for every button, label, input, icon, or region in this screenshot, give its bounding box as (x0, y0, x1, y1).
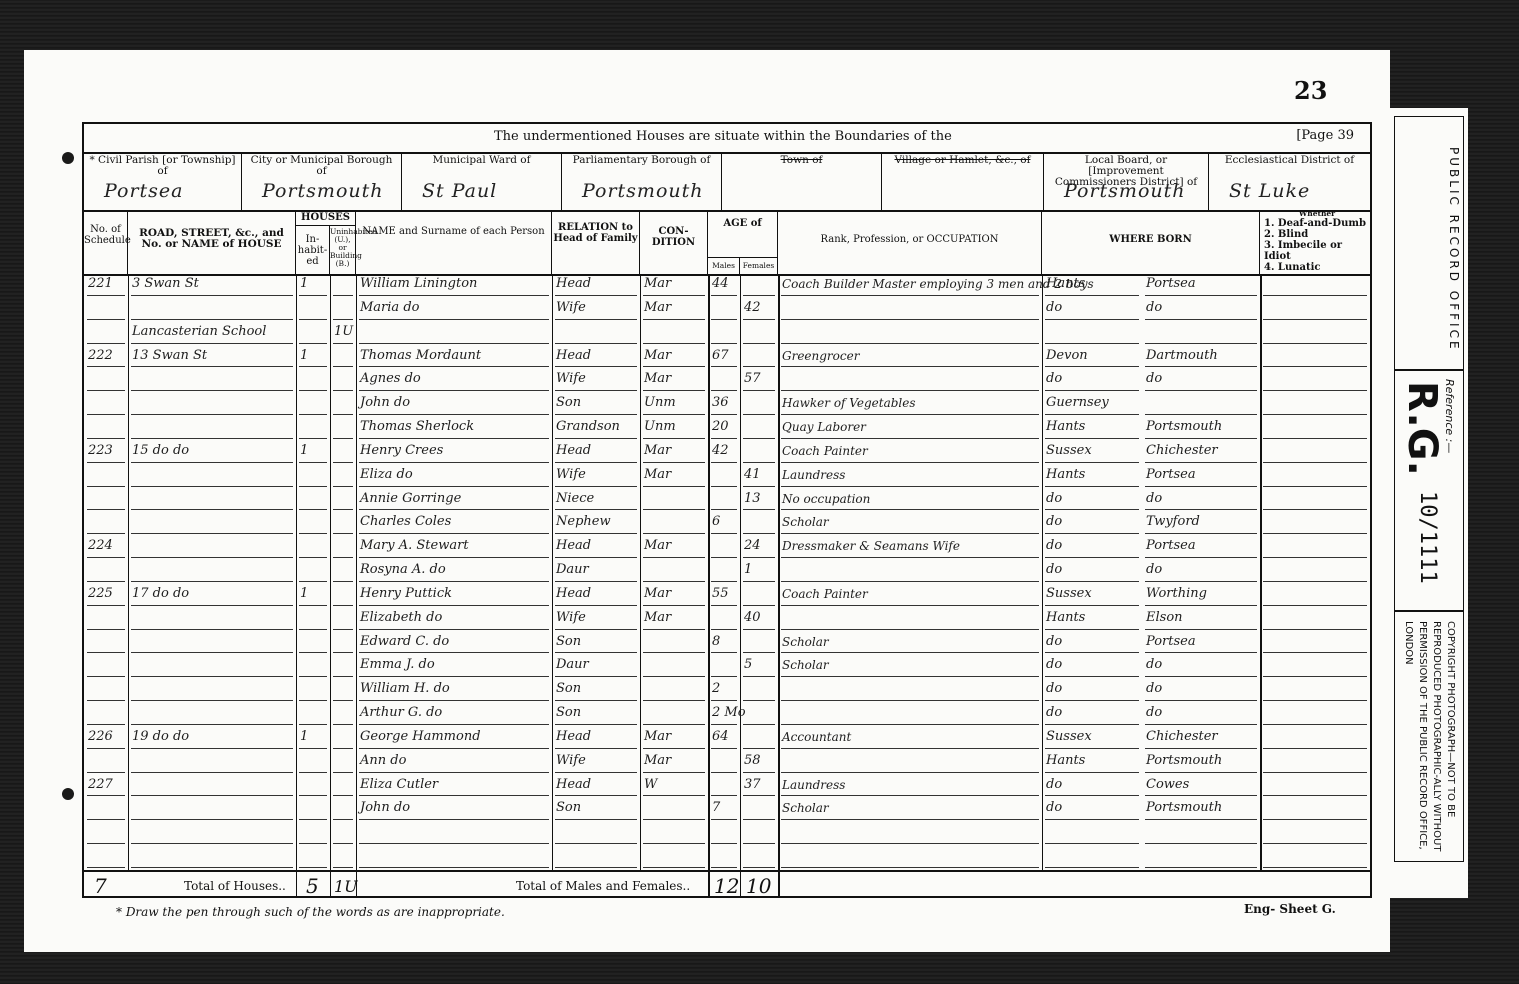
cell-relation: Son (552, 393, 640, 417)
boundary-heading-row: The undermentioned Houses are situate wi… (84, 124, 1370, 154)
punch-hole (62, 152, 74, 164)
cell-infirmity (1260, 703, 1370, 727)
cell-uninhabited (330, 489, 356, 513)
cell-female-age (740, 584, 778, 608)
cell-relation: Wife (552, 298, 640, 322)
cell-condition (640, 846, 708, 870)
cell-place: do (1142, 655, 1260, 679)
cell-place: Portsmouth (1142, 798, 1260, 822)
cell-schedule: 224 (84, 536, 128, 560)
cell-infirmity (1260, 608, 1370, 632)
header-condition: CON-DITION (640, 210, 708, 274)
census-page: 23 The undermentioned Houses are situate… (24, 50, 1390, 952)
cell-road (128, 489, 296, 513)
table-row: William H. doSon2dodo (84, 679, 1370, 703)
cell-male-age (708, 655, 740, 679)
cell-infirmity (1260, 798, 1370, 822)
cell-county (1042, 322, 1142, 346)
cell-county: do (1042, 298, 1142, 322)
cell-road: 3 Swan St (128, 274, 296, 298)
cell-relation (552, 822, 640, 846)
sheet-label: Eng- Sheet G. (1244, 902, 1336, 916)
cell-county: do (1042, 560, 1142, 584)
cell-infirmity (1260, 393, 1370, 417)
cell-inhabited (296, 322, 330, 346)
page-number: 23 (1294, 76, 1327, 105)
cell-place: Portsmouth (1142, 751, 1260, 775)
cell-inhabited (296, 822, 330, 846)
cell-condition: Unm (640, 393, 708, 417)
cell-schedule (84, 751, 128, 775)
copyright-notice: COPYRIGHT PHOTOGRAPH—NOT TO BE REPRODUCE… (1401, 621, 1457, 861)
cell-road (128, 655, 296, 679)
cell-schedule: 221 (84, 274, 128, 298)
cell-road (128, 751, 296, 775)
cell-occupation (778, 560, 1042, 584)
cell-uninhabited (330, 346, 356, 370)
census-form: The undermentioned Houses are situate wi… (82, 122, 1372, 898)
cell-inhabited: 1 (296, 727, 330, 751)
cell-place: Portsea (1142, 536, 1260, 560)
cell-county: do (1042, 679, 1142, 703)
cell-relation: Grandson (552, 417, 640, 441)
header-occupation: Rank, Profession, or OCCUPATION (778, 210, 1042, 274)
cell-occupation: Coach Painter (778, 441, 1042, 465)
cell-condition (640, 703, 708, 727)
cell-uninhabited (330, 298, 356, 322)
cell-schedule (84, 322, 128, 346)
cell-female-age (740, 512, 778, 536)
cell-uninhabited (330, 536, 356, 560)
column-header-row: No. of Schedule ROAD, STREET, &c., and N… (84, 210, 1370, 276)
cell-road: 15 do do (128, 441, 296, 465)
header-inhabited: In-habit-ed (296, 226, 330, 274)
cell-name: Agnes do (356, 369, 552, 393)
cell-relation: Son (552, 703, 640, 727)
cell-occupation: Greengrocer (778, 346, 1042, 370)
cell-occupation (778, 679, 1042, 703)
cell-relation: Wife (552, 369, 640, 393)
table-row: 2213 Swan St1William LiningtonHeadMar44C… (84, 274, 1370, 298)
cell-inhabited (296, 632, 330, 656)
cell-relation: Daur (552, 655, 640, 679)
district-municipal-borough: City or Municipal Borough of Portsmouth (242, 152, 402, 210)
cell-occupation: Quay Laborer (778, 417, 1042, 441)
header-schedule: No. of Schedule (84, 210, 128, 274)
cell-county: Hants (1042, 465, 1142, 489)
cell-infirmity (1260, 512, 1370, 536)
cell-schedule (84, 798, 128, 822)
cell-place: Twyford (1142, 512, 1260, 536)
cell-female-age: 57 (740, 369, 778, 393)
cell-uninhabited (330, 560, 356, 584)
table-row: Arthur G. doSon2 Mododo (84, 703, 1370, 727)
cell-male-age: 2 (708, 679, 740, 703)
schedule-count-total: 7 (94, 874, 107, 898)
table-row: Maria doWifeMar42dodo (84, 298, 1370, 322)
cell-male-age (708, 489, 740, 513)
table-row: 227Eliza CutlerHeadW37LaundressdoCowes (84, 775, 1370, 799)
cell-male-age: 42 (708, 441, 740, 465)
cell-road (128, 679, 296, 703)
cell-occupation (778, 822, 1042, 846)
cell-male-age: 44 (708, 274, 740, 298)
cell-uninhabited (330, 512, 356, 536)
cell-uninhabited (330, 632, 356, 656)
cell-male-age: 36 (708, 393, 740, 417)
cell-occupation: Laundress (778, 465, 1042, 489)
cell-male-age (708, 822, 740, 846)
cell-schedule (84, 632, 128, 656)
uninhabited-total: 1U (334, 877, 358, 896)
cell-schedule (84, 703, 128, 727)
cell-occupation (778, 322, 1042, 346)
cell-county: do (1042, 655, 1142, 679)
cell-county (1042, 846, 1142, 870)
cell-name: Arthur G. do (356, 703, 552, 727)
cell-road (128, 608, 296, 632)
reference-series: R.G. (1399, 381, 1445, 476)
cell-condition: Mar (640, 536, 708, 560)
cell-name: John do (356, 393, 552, 417)
cell-county: Hants (1042, 417, 1142, 441)
header-name: NAME and Surname of each Person (356, 210, 552, 274)
public-record-office-strip: PUBLIC RECORD OFFICE Reference :— R.G. 1… (1388, 108, 1468, 898)
cell-place: do (1142, 679, 1260, 703)
cell-female-age: 24 (740, 536, 778, 560)
cell-name: Thomas Mordaunt (356, 346, 552, 370)
header-relation: RELATION to Head of Family (552, 210, 640, 274)
cell-place: Portsea (1142, 274, 1260, 298)
table-row: Edward C. doSon8ScholardoPortsea (84, 632, 1370, 656)
cell-relation: Head (552, 584, 640, 608)
cell-condition: Mar (640, 584, 708, 608)
cell-inhabited (296, 679, 330, 703)
cell-name: Eliza do (356, 465, 552, 489)
cell-inhabited (296, 798, 330, 822)
cell-place: Dartmouth (1142, 346, 1260, 370)
cell-inhabited (296, 655, 330, 679)
cell-road: Lancasterian School (128, 322, 296, 346)
cell-occupation (778, 751, 1042, 775)
cell-road: 13 Swan St (128, 346, 296, 370)
table-row: Annie GorringeNiece13No occupationdodo (84, 489, 1370, 513)
cell-female-age (740, 703, 778, 727)
cell-male-age: 64 (708, 727, 740, 751)
cell-condition: Mar (640, 727, 708, 751)
cell-schedule (84, 846, 128, 870)
table-row: Charles ColesNephew6ScholardoTwyford (84, 512, 1370, 536)
cell-male-age (708, 536, 740, 560)
cell-inhabited (296, 751, 330, 775)
cell-name: Elizabeth do (356, 608, 552, 632)
cell-condition (640, 489, 708, 513)
cell-female-age (740, 441, 778, 465)
header-where-born: WHERE BORN (1042, 210, 1260, 274)
cell-schedule: 222 (84, 346, 128, 370)
cell-name: Henry Crees (356, 441, 552, 465)
cell-inhabited (296, 703, 330, 727)
table-row: Lancasterian School1U (84, 322, 1370, 346)
cell-occupation: Scholar (778, 632, 1042, 656)
reference-number: 10/1111 (1415, 491, 1440, 584)
district-town: Town of (722, 152, 882, 210)
cell-inhabited (296, 465, 330, 489)
cell-relation: Niece (552, 489, 640, 513)
table-row: 22517 do do1Henry PuttickHeadMar55Coach … (84, 584, 1370, 608)
punch-hole (62, 788, 74, 800)
cell-condition (640, 679, 708, 703)
cell-infirmity (1260, 846, 1370, 870)
cell-name: John do (356, 798, 552, 822)
cell-road (128, 822, 296, 846)
cell-relation: Head (552, 775, 640, 799)
cell-uninhabited (330, 274, 356, 298)
cell-road (128, 632, 296, 656)
cell-road: 17 do do (128, 584, 296, 608)
header-road: ROAD, STREET, &c., and No. or NAME of HO… (128, 210, 296, 274)
cell-road (128, 846, 296, 870)
cell-uninhabited (330, 775, 356, 799)
cell-place: do (1142, 369, 1260, 393)
cell-male-age: 8 (708, 632, 740, 656)
cell-road: 19 do do (128, 727, 296, 751)
cell-male-age (708, 298, 740, 322)
cell-name: Emma J. do (356, 655, 552, 679)
page-reference: [Page 39 (1296, 128, 1354, 143)
cell-schedule: 223 (84, 441, 128, 465)
cell-inhabited (296, 369, 330, 393)
cell-name: Rosyna A. do (356, 560, 552, 584)
cell-inhabited: 1 (296, 346, 330, 370)
cell-female-age: 37 (740, 775, 778, 799)
cell-place (1142, 846, 1260, 870)
cell-occupation: Scholar (778, 798, 1042, 822)
footnote: * Draw the pen through such of the words… (116, 905, 505, 919)
cell-occupation: Accountant (778, 727, 1042, 751)
cell-occupation: Coach Painter (778, 584, 1042, 608)
cell-infirmity (1260, 775, 1370, 799)
cell-male-age (708, 751, 740, 775)
table-row: Emma J. doDaur5Scholardodo (84, 655, 1370, 679)
totals-row: 7 Total of Houses.. 5 1U Total of Males … (84, 870, 1370, 900)
cell-female-age (740, 346, 778, 370)
cell-inhabited (296, 489, 330, 513)
cell-infirmity (1260, 274, 1370, 298)
cell-name: Maria do (356, 298, 552, 322)
cell-county: do (1042, 536, 1142, 560)
cell-road (128, 798, 296, 822)
cell-county (1042, 822, 1142, 846)
cell-road (128, 369, 296, 393)
houses-total-label: Total of Houses.. (184, 879, 286, 893)
cell-place: Elson (1142, 608, 1260, 632)
table-row: 224Mary A. StewartHeadMar24Dressmaker & … (84, 536, 1370, 560)
cell-relation: Wife (552, 751, 640, 775)
cell-schedule (84, 512, 128, 536)
cell-name: Edward C. do (356, 632, 552, 656)
cell-infirmity (1260, 298, 1370, 322)
district-civil-parish: * Civil Parish [or Township] of Portsea (84, 152, 242, 210)
cell-uninhabited (330, 798, 356, 822)
cell-county: do (1042, 703, 1142, 727)
cell-place (1142, 822, 1260, 846)
header-age: AGE of (708, 210, 778, 258)
cell-schedule: 226 (84, 727, 128, 751)
cell-male-age: 2 Mo (708, 703, 740, 727)
cell-relation: Head (552, 536, 640, 560)
cell-inhabited (296, 560, 330, 584)
cell-name (356, 846, 552, 870)
cell-male-age (708, 465, 740, 489)
district-ecclesiastical: Ecclesiastical District of St Luke (1209, 152, 1370, 210)
reference-box: Reference :— R.G. 10/1111 (1394, 370, 1464, 612)
cell-female-age: 13 (740, 489, 778, 513)
cell-infirmity (1260, 822, 1370, 846)
cell-road (128, 417, 296, 441)
cell-relation: Son (552, 798, 640, 822)
cell-inhabited (296, 298, 330, 322)
header-males: Males (708, 258, 740, 274)
inhabited-total: 5 (306, 874, 319, 898)
cell-name: Henry Puttick (356, 584, 552, 608)
cell-occupation: No occupation (778, 489, 1042, 513)
cell-county: Hants (1042, 608, 1142, 632)
cell-uninhabited (330, 703, 356, 727)
cell-infirmity (1260, 560, 1370, 584)
cell-occupation (778, 846, 1042, 870)
cell-condition: Mar (640, 298, 708, 322)
table-row: Agnes doWifeMar57dodo (84, 369, 1370, 393)
cell-place: Portsea (1142, 632, 1260, 656)
table-row: Eliza doWifeMar41LaundressHantsPortsea (84, 465, 1370, 489)
header-females: Females (740, 258, 778, 274)
cell-schedule (84, 298, 128, 322)
cell-road (128, 512, 296, 536)
cell-county: Sussex (1042, 441, 1142, 465)
cell-male-age: 67 (708, 346, 740, 370)
cell-road (128, 703, 296, 727)
table-row (84, 846, 1370, 870)
cell-female-age: 1 (740, 560, 778, 584)
cell-name (356, 822, 552, 846)
cell-inhabited (296, 846, 330, 870)
cell-infirmity (1260, 489, 1370, 513)
cell-schedule (84, 560, 128, 584)
cell-name: Eliza Cutler (356, 775, 552, 799)
cell-schedule (84, 822, 128, 846)
cell-female-age: 42 (740, 298, 778, 322)
cell-inhabited (296, 536, 330, 560)
cell-schedule (84, 655, 128, 679)
cell-relation (552, 846, 640, 870)
table-row: Rosyna A. doDaur1dodo (84, 560, 1370, 584)
cell-county: do (1042, 775, 1142, 799)
cell-place: Cowes (1142, 775, 1260, 799)
table-row: John doSon7ScholardoPortsmouth (84, 798, 1370, 822)
cell-infirmity (1260, 417, 1370, 441)
cell-road (128, 465, 296, 489)
cell-condition: Mar (640, 274, 708, 298)
cell-condition: Mar (640, 441, 708, 465)
cell-uninhabited (330, 727, 356, 751)
cell-condition: W (640, 775, 708, 799)
ruler-label: PUBLIC RECORD OFFICE (1447, 147, 1461, 352)
table-row: Elizabeth doWifeMar40HantsElson (84, 608, 1370, 632)
persons-total-label: Total of Males and Females.. (516, 879, 690, 893)
cell-condition (640, 822, 708, 846)
cell-inhabited (296, 608, 330, 632)
cell-name: Thomas Sherlock (356, 417, 552, 441)
cell-uninhabited (330, 369, 356, 393)
cell-female-age (740, 274, 778, 298)
cell-male-age (708, 369, 740, 393)
cell-condition (640, 322, 708, 346)
cell-inhabited (296, 393, 330, 417)
cell-male-age: 20 (708, 417, 740, 441)
cell-schedule (84, 489, 128, 513)
cell-female-age: 40 (740, 608, 778, 632)
cell-schedule (84, 679, 128, 703)
cell-relation: Son (552, 679, 640, 703)
cell-county: do (1042, 369, 1142, 393)
cell-condition: Unm (640, 417, 708, 441)
cell-place: do (1142, 703, 1260, 727)
cell-relation: Head (552, 346, 640, 370)
cell-uninhabited (330, 751, 356, 775)
cell-schedule: 225 (84, 584, 128, 608)
cell-female-age (740, 679, 778, 703)
cell-county: do (1042, 798, 1142, 822)
cell-occupation: Hawker of Vegetables (778, 393, 1042, 417)
cell-infirmity (1260, 679, 1370, 703)
district-municipal-ward: Municipal Ward of St Paul (402, 152, 562, 210)
cell-female-age: 5 (740, 655, 778, 679)
cell-schedule: 227 (84, 775, 128, 799)
cell-name (356, 322, 552, 346)
cell-uninhabited (330, 465, 356, 489)
females-total: 10 (746, 874, 771, 898)
cell-uninhabited (330, 393, 356, 417)
cell-condition (640, 560, 708, 584)
cell-relation: Head (552, 274, 640, 298)
cell-infirmity (1260, 322, 1370, 346)
cell-female-age (740, 393, 778, 417)
cell-road (128, 536, 296, 560)
table-row: Thomas SherlockGrandsonUnm20Quay Laborer… (84, 417, 1370, 441)
cell-male-age: 7 (708, 798, 740, 822)
cell-uninhabited: 1U (330, 322, 356, 346)
table-row (84, 822, 1370, 846)
cell-county: Guernsey (1042, 393, 1142, 417)
cell-inhabited (296, 417, 330, 441)
cell-county: do (1042, 489, 1142, 513)
cell-uninhabited (330, 679, 356, 703)
cell-male-age (708, 560, 740, 584)
cell-place: do (1142, 298, 1260, 322)
cell-name: Mary A. Stewart (356, 536, 552, 560)
cell-occupation (778, 369, 1042, 393)
cell-male-age (708, 846, 740, 870)
table-row: 22213 Swan St1Thomas MordauntHeadMar67Gr… (84, 346, 1370, 370)
cell-condition (640, 655, 708, 679)
cell-occupation: Coach Builder Master employing 3 men and… (778, 274, 1042, 298)
cell-female-age: 58 (740, 751, 778, 775)
cell-condition (640, 632, 708, 656)
cell-place: Portsea (1142, 465, 1260, 489)
cell-condition: Mar (640, 346, 708, 370)
cell-name: Annie Gorringe (356, 489, 552, 513)
